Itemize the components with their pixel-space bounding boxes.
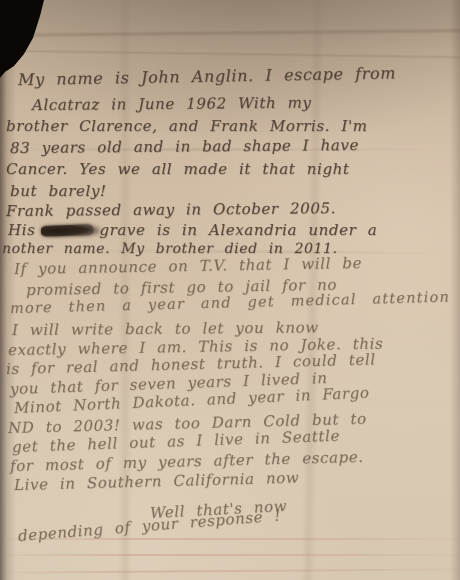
- letter-line-text: His: [8, 221, 35, 239]
- letter-line: is for real and honest truth. I could te…: [6, 350, 376, 378]
- paper-fold-shadow: [301, 0, 325, 580]
- letter-line: nother name. My brother died in 2011.: [2, 241, 338, 257]
- letter-photo: My name is John Anglin. I escape from Al…: [0, 0, 460, 580]
- letter-line: get the hell out as I live in Seattle: [12, 427, 341, 456]
- letter-line: Frank passed away in October 2005.: [6, 199, 336, 220]
- ink-scribble-mark: [41, 224, 93, 237]
- paper-crease: [0, 49, 460, 59]
- ruled-line: [0, 538, 460, 540]
- paper-crease: [0, 148, 460, 151]
- ruled-line: [0, 568, 460, 573]
- letter-line: I will write back to let you know: [12, 318, 319, 339]
- letter-line: Alcatraz in June 1962 With my: [32, 94, 312, 114]
- letter-line: Hisgrave is in Alexandria under a: [8, 221, 377, 239]
- letter-line: exactly where I am. This is no Joke. thi…: [8, 334, 384, 359]
- letter-line: for most of my years after the escape.: [10, 448, 364, 475]
- letter-line-text: grave is in Alexandria under a: [99, 221, 377, 239]
- letter-line: My name is John Anglin. I escape from: [18, 63, 396, 89]
- letter-line: ND to 2003! was too Darn Cold but to: [8, 410, 367, 437]
- paper-crease: [0, 28, 460, 39]
- letter-line: Cancer. Yes we all made it that night: [6, 160, 350, 178]
- letter-line: If you announce on T.V. that I will be: [14, 254, 362, 278]
- paper-crease: [0, 248, 460, 254]
- letter-line: more then a year and get medical attenti…: [10, 289, 450, 317]
- paper-fold-shadow: [118, 0, 132, 580]
- letter-line: but barely!: [10, 182, 107, 200]
- ruled-line: [0, 554, 460, 556]
- letter-line: Minot North Dakota. and year in Fargo: [14, 383, 370, 417]
- letter-line: Live in Southern California now: [14, 469, 300, 494]
- letter-paper: My name is John Anglin. I escape from Al…: [0, 0, 460, 580]
- letter-line: 83 years old and in bad shape I have: [10, 136, 359, 157]
- letter-line: promised to first go to jail for no: [26, 276, 337, 299]
- letter-line: you that for seven years I lived in: [10, 369, 328, 398]
- letter-line: brother Clarence, and Frank Morris. I'm: [6, 117, 368, 135]
- letter-closing-line: Well that's now: [150, 497, 288, 522]
